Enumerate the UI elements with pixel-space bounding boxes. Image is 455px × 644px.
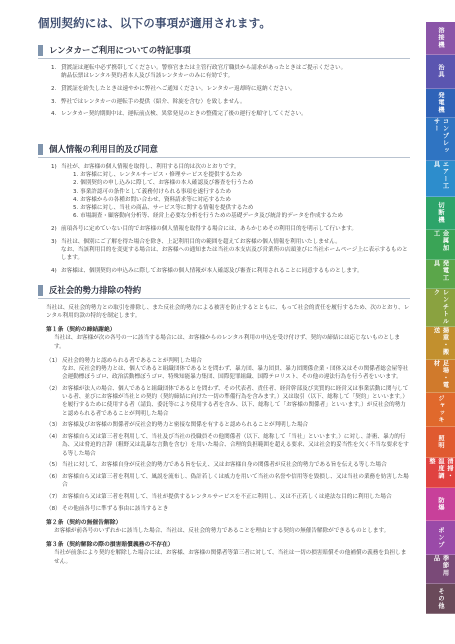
item-number: 4. — [51, 110, 61, 118]
article3-body: 当社が前条により契約を解除した場合には、お客様、お客様の関係者等第三者に対して、… — [54, 549, 410, 565]
section-heading: レンタカーご利用についての特記事項 — [38, 44, 410, 59]
item-body: お客様及びお客様の関係者が反社会的勢力と密接な関係を有すると認められることが判明… — [62, 421, 308, 429]
category-side-nav: 溶接機治具発電機コンプレッサーエアー工具切断機金属加工発電工具レンチトルク揚重・… — [426, 22, 455, 614]
article1-body: 当社は、お客様が次の各号の一に該当する場合には、お客様からのレンタル利用の申込を… — [54, 334, 410, 350]
item-text: その他前各号に準ずる事由に該当するとき — [62, 505, 168, 513]
main-content: 個別契約には、以下の事項が適用されます。 レンタカーご利用についての特記事項 1… — [38, 10, 410, 31]
item-body: 前項各号に定めていない目的でお客様の個人情報を取得する場合には、あらかじめその利… — [61, 225, 357, 233]
section-heading: 反社会的勢力排除の特約 — [38, 284, 410, 299]
list-item: 1.貸渡証は運転中必ず携帯してください。警察官または主管行政官庁職員から請求があ… — [51, 64, 410, 80]
item-number: （8） — [46, 505, 62, 513]
side-nav-tab[interactable]: 治具 — [426, 55, 455, 88]
item-number: 3) — [51, 238, 61, 263]
item-text: お客様自ら又は第三者を利用して、当社及び当社の役職員その他関係者（以下、総称して… — [62, 433, 410, 458]
article2-body: お客様が前各号のいずれかに該当した場合、当社は、反社会的勢力であることを理由とす… — [54, 527, 410, 535]
side-nav-tab[interactable]: レンチトルク — [426, 289, 455, 326]
item-number: 2) — [51, 225, 61, 233]
sub-item: 6. 市場調査・顧客動向分析等、経営上必要な分析を行うための基礎データ及び統計的… — [73, 212, 343, 220]
list-item: （3）お客様及びお客様の関係者が反社会的勢力と密接な関係を有すると認められること… — [46, 421, 410, 429]
item-body: 当社に対して、お客様自身が反社会的勢力である旨を伝え、又はお客様自身の関係者が反… — [62, 461, 387, 469]
item-number: 1. — [51, 64, 61, 80]
item-body: 弊社ではレンタカーの運転手の提供（紹介、斡旋を含む）を致しません。 — [61, 98, 246, 106]
item-text: 前項各号に定めていない目的でお客様の個人情報を取得する場合には、あらかじめその利… — [61, 225, 357, 233]
section-privacy: 個人情報の利用目的及び同意 1)当社が、お客様の個人情報を取得し、利用する目的は… — [38, 143, 410, 279]
list-item: （1）反社会的勢力と認められる者であることが判明した場合なお、反社会的勢力とは、… — [46, 357, 410, 382]
side-nav-tab[interactable]: コンプレッサー — [426, 118, 455, 161]
side-nav-tab[interactable]: ポンプ — [426, 521, 455, 554]
item-text: 当社に対して、お客様自身が反社会的勢力である旨を伝え、又はお客様自身の関係者が反… — [62, 461, 387, 469]
item-text: 当社は、個別にご了解を得た場合を除き、上記利用目的の範囲を超えてお客様の個人情報… — [61, 238, 410, 246]
item-text: 当社が、お客様の個人情報を取得し、利用する目的は次のとおりです。 — [61, 163, 343, 171]
list-item: 1)当社が、お客様の個人情報を取得し、利用する目的は次のとおりです。1. お客様… — [51, 163, 410, 220]
side-nav-tab[interactable]: 切断機 — [426, 197, 455, 230]
item-body: 当社が、お客様の個人情報を取得し、利用する目的は次のとおりです。1. お客様に対… — [61, 163, 343, 220]
article1-list: （1）反社会的勢力と認められる者であることが判明した場合なお、反社会的勢力とは、… — [46, 357, 410, 513]
heading-bar-icon — [38, 45, 43, 56]
sub-item: 4. お客様からの各種お問い合わせ、資料請求等に対応するため — [73, 196, 343, 204]
list-item: （5）当社に対して、お客様自身が反社会的勢力である旨を伝え、又はお客様自身の関係… — [46, 461, 410, 469]
list-item: 2.貸渡証を紛失したときは速やかに弊社へご通知ください。レンタカー返却時に返納く… — [51, 85, 410, 93]
side-nav-tab[interactable]: 足場・電材 — [426, 360, 455, 393]
heading-bar-icon — [38, 285, 43, 296]
item-text: お客様が法人の場合、個人であると組織団体であるとを問わず、その代表者、責任者、経… — [62, 385, 410, 418]
item-text-2: なお、反社会的勢力とは、個人であると組織団体であるとを問わず、暴力団、暴力団員、… — [62, 365, 410, 381]
article1-title: 第１条（契約の締結謝絶） — [46, 326, 410, 334]
item-number: （7） — [46, 493, 62, 501]
item-body: 貸渡証は運転中必ず携帯してください。警察官または主管行政官庁職員から請求があった… — [61, 64, 346, 80]
list-item: 4.レンタカー契約期間中は、運転前点検、異常発見のときの整備完了後の運行を順守し… — [51, 110, 410, 118]
item-number: 1) — [51, 163, 61, 220]
list-item: 2)前項各号に定めていない目的でお客様の個人情報を取得する場合には、あらかじめそ… — [51, 225, 410, 233]
item-text: 反社会的勢力と認められる者であることが判明した場合 — [62, 357, 410, 365]
article2-title: 第２条（契約の無催告解除） — [46, 519, 410, 527]
side-nav-tab[interactable]: ジャッキ — [426, 393, 455, 426]
list-item: 4)お客様は、個別契約の申込みに際してお客様の個人情報が本人確認及び審査に利用さ… — [51, 267, 410, 275]
side-nav-tab[interactable]: エアー工具 — [426, 161, 455, 196]
section-heading: 個人情報の利用目的及び同意 — [38, 143, 410, 158]
side-nav-tab[interactable]: 金属加工 — [426, 230, 455, 260]
item-text: お客様自ら又は第三者を利用して、当社が提供するレンタルサービスを不正に利用し、又… — [62, 493, 392, 501]
side-nav-tab[interactable]: 発電工具 — [426, 260, 455, 290]
item-body: お客様自ら又は第三者を利用して、当社及び当社の役職員その他関係者（以下、総称して… — [62, 433, 410, 458]
list-item: 3)当社は、個別にご了解を得た場合を除き、上記利用目的の範囲を超えてお客様の個人… — [51, 238, 410, 263]
item-number: （6） — [46, 473, 62, 489]
side-nav-tab[interactable]: 発電機 — [426, 89, 455, 119]
item-body: その他前各号に準ずる事由に該当するとき — [62, 505, 168, 513]
list-item: 3.弊社ではレンタカーの運転手の提供（紹介、斡旋を含む）を致しません。 — [51, 98, 410, 106]
item-number: （5） — [46, 461, 62, 469]
item-body: お客様が法人の場合、個人であると組織団体であるとを問わず、その代表者、責任者、経… — [62, 385, 410, 418]
item-number: （4） — [46, 433, 62, 458]
item-body: 貸渡証を紛失したときは速やかに弊社へご通知ください。レンタカー返却時に返納くださ… — [61, 85, 296, 93]
side-nav-tab[interactable]: 溶接機 — [426, 22, 455, 55]
item-text: お客様自ら又は第三者を利用して、風説を流布し、偽計若しくは威力を用いて当社の名誉… — [62, 473, 410, 489]
item-body: 反社会的勢力と認められる者であることが判明した場合なお、反社会的勢力とは、個人で… — [62, 357, 410, 382]
side-nav-tab[interactable]: その他 — [426, 584, 455, 614]
page-title: 個別契約には、以下の事項が適用されます。 — [38, 15, 410, 31]
item-text: 貸渡証は運転中必ず携帯してください。警察官または主管行政官庁職員から請求があった… — [61, 64, 346, 72]
item-number: （3） — [46, 421, 62, 429]
item-number: 3. — [51, 98, 61, 106]
side-nav-tab[interactable]: 防爆 — [426, 488, 455, 521]
section-antisocial: 反社会的勢力排除の特約 当社は、反社会的勢力との取引を排除し、また反社会的勢力に… — [38, 284, 410, 566]
item-number: 2. — [51, 85, 61, 93]
item-text: 弊社ではレンタカーの運転手の提供（紹介、斡旋を含む）を致しません。 — [61, 98, 246, 106]
item-body: お客様自ら又は第三者を利用して、風説を流布し、偽計若しくは威力を用いて当社の名誉… — [62, 473, 410, 489]
item-body: お客様は、個別契約の申込みに際してお客様の個人情報が本人確認及び審査に利用される… — [61, 267, 363, 275]
item-text-2: 納品伝票はレンタル契約者本人及び当該レンタカーのみに有効です。 — [61, 72, 346, 80]
item-text: 貸渡証を紛失したときは速やかに弊社へご通知ください。レンタカー返却時に返納くださ… — [61, 85, 296, 93]
privacy-list: 1)当社が、お客様の個人情報を取得し、利用する目的は次のとおりです。1. お客様… — [51, 163, 410, 275]
side-nav-tab[interactable]: 季節用品 — [426, 555, 455, 585]
list-item: （7）お客様自ら又は第三者を利用して、当社が提供するレンタルサービスを不正に利用… — [46, 493, 410, 501]
list-item: （6）お客様自ら又は第三者を利用して、風説を流布し、偽計若しくは威力を用いて当社… — [46, 473, 410, 489]
sub-item: 3. 事業許認可の条件として義務付けられる事項を遂行するため — [73, 188, 343, 196]
item-text: お客様は、個別契約の申込みに際してお客様の個人情報が本人確認及び審査に利用される… — [61, 267, 363, 275]
side-nav-tab[interactable]: 清掃・温度調整 — [426, 458, 455, 488]
item-text: お客様及びお客様の関係者が反社会的勢力と密接な関係を有すると認められることが判明… — [62, 421, 308, 429]
sub-item: 1. お客様に対し、レンタルサービス・修理サービスを提供するため — [73, 171, 343, 179]
heading-bar-icon — [38, 144, 43, 155]
item-body: 当社は、個別にご了解を得た場合を除き、上記利用目的の範囲を超えてお客様の個人情報… — [61, 238, 410, 263]
item-number: （2） — [46, 385, 62, 418]
sub-item: 5. お客様に対し、当社の商品、サービス等に関する情報を提供するため — [73, 204, 343, 212]
intro-text: 当社は、反社会的勢力との取引を排除し、また反社会的勢力による被害を防止するととも… — [46, 304, 410, 320]
item-number: 4) — [51, 267, 61, 275]
section-rental-car: レンタカーご利用についての特記事項 1.貸渡証は運転中必ず携帯してください。警察… — [38, 44, 410, 123]
rental-car-list: 1.貸渡証は運転中必ず携帯してください。警察官または主管行政官庁職員から請求があ… — [51, 64, 410, 119]
item-number: （1） — [46, 357, 62, 382]
list-item: （4）お客様自ら又は第三者を利用して、当社及び当社の役職員その他関係者（以下、総… — [46, 433, 410, 458]
list-item: （8）その他前各号に準ずる事由に該当するとき — [46, 505, 410, 513]
list-item: （2）お客様が法人の場合、個人であると組織団体であるとを問わず、その代表者、責任… — [46, 385, 410, 418]
sub-item: 2. 個別契約の申し込みに際して、お客様の本人確認及び審査を行うため — [73, 179, 343, 187]
item-text-2: なお、当該利用目的を変更する場合は、お客様への通知または当社の本支店及び営業所の… — [61, 246, 410, 262]
article3-title: 第３条（契約解除の際の損害賠償義務の不存在） — [46, 541, 410, 549]
item-body: お客様自ら又は第三者を利用して、当社が提供するレンタルサービスを不正に利用し、又… — [62, 493, 392, 501]
side-nav-tab[interactable]: 揚重・搬送 — [426, 327, 455, 360]
side-nav-tab[interactable]: 照明 — [426, 427, 455, 459]
item-body: レンタカー契約期間中は、運転前点検、異常発見のときの整備完了後の運行を順守してく… — [61, 110, 307, 118]
item-text: レンタカー契約期間中は、運転前点検、異常発見のときの整備完了後の運行を順守してく… — [61, 110, 307, 118]
